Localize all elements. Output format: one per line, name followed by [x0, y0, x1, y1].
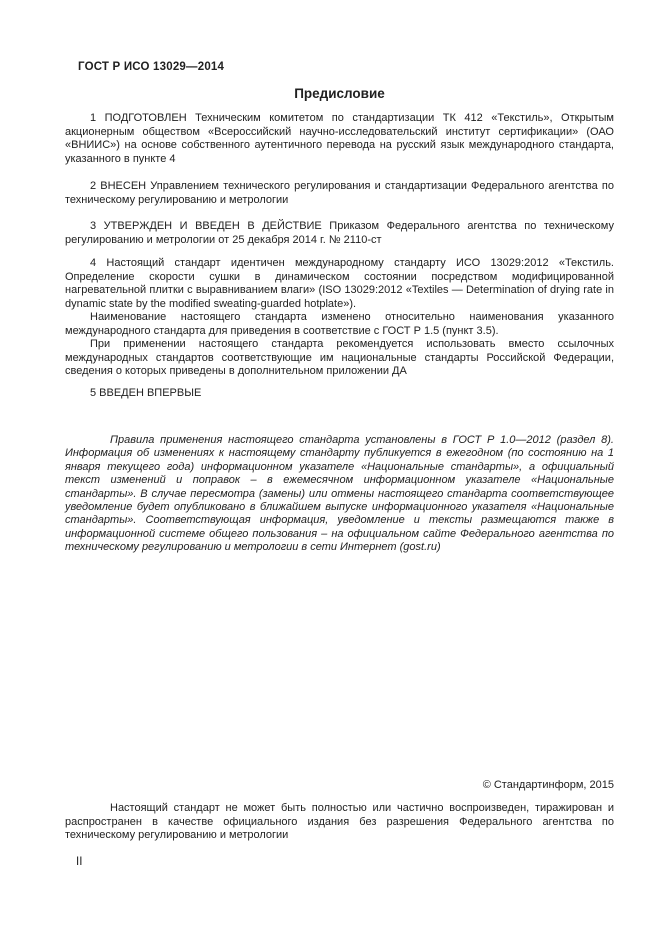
clause-4-paragraph-2: Наименование настоящего стандарта измене… — [65, 311, 614, 338]
page-number: II — [76, 856, 82, 868]
document-designation: ГОСТ Р ИСО 13029—2014 — [78, 61, 627, 73]
clause-1-prepared-by: 1 ПОДГОТОВЛЕН Техническим комитетом по с… — [65, 112, 614, 166]
clause-3-approved-by: 3 УТВЕРЖДЕН И ВВЕДЕН В ДЕЙСТВИЕ Приказом… — [65, 220, 614, 247]
document-page: ГОСТ Р ИСО 13029—2014 Предисловие 1 ПОДГ… — [0, 0, 661, 935]
clause-4-paragraph-1: 4 Настоящий стандарт идентичен междунаро… — [65, 257, 614, 311]
application-rules-text: Правила применения настоящего стандарта … — [65, 434, 614, 555]
clause-1-text: 1 ПОДГОТОВЛЕН Техническим комитетом по с… — [65, 112, 614, 166]
application-rules-notice: Правила применения настоящего стандарта … — [65, 434, 614, 555]
clause-3-text: 3 УТВЕРЖДЕН И ВВЕДЕН В ДЕЙСТВИЕ Приказом… — [65, 220, 614, 247]
reproduction-restriction-notice: Настоящий стандарт не может быть полност… — [65, 802, 614, 843]
reproduction-restriction-text: Настоящий стандарт не может быть полност… — [65, 802, 614, 843]
clause-5-first-edition: 5 ВВЕДЕН ВПЕРВЫЕ — [65, 387, 614, 401]
clause-2-submitted-by: 2 ВНЕСЕН Управлением технического регули… — [65, 180, 614, 207]
clause-2-text: 2 ВНЕСЕН Управлением технического регули… — [65, 180, 614, 207]
copyright-notice: © Стандартинформ, 2015 — [65, 779, 614, 791]
clause-4-paragraph-3: При применении настоящего стандарта реко… — [65, 338, 614, 379]
clause-4-identity-statement: 4 Настоящий стандарт идентичен междунаро… — [65, 257, 614, 379]
clause-5-text: 5 ВВЕДЕН ВПЕРВЫЕ — [65, 387, 614, 401]
page-title: Предисловие — [65, 86, 614, 101]
